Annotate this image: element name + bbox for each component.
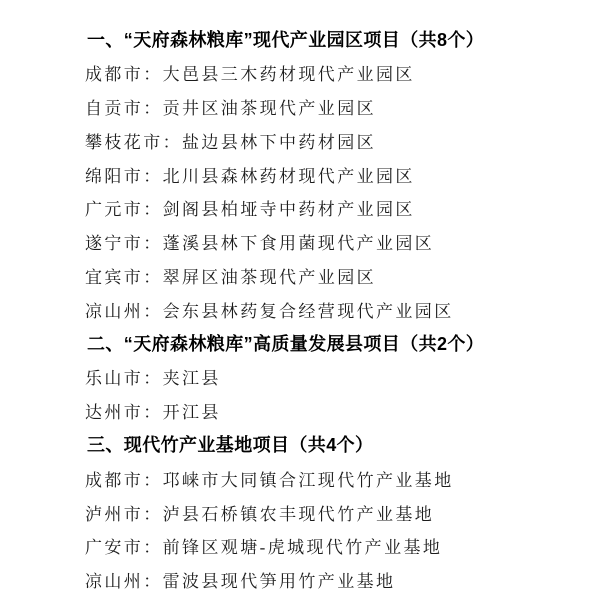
- project-row: 凉山州：会东县林药复合经营现代产业园区: [85, 292, 588, 326]
- project-row: 遂宁市：蓬溪县林下食用菌现代产业园区: [85, 225, 588, 259]
- city-label: 凉山州: [85, 297, 143, 322]
- project-row: 绵阳市：北川县森林药材现代产业园区: [85, 157, 588, 191]
- colon-separator: ：: [143, 94, 162, 119]
- project-row: 宜宾市：翠屏区油茶现代产业园区: [85, 259, 588, 293]
- colon-separator: ：: [143, 500, 162, 525]
- project-row: 达州市：开江县: [85, 394, 588, 428]
- city-label: 成都市: [85, 60, 143, 85]
- project-name: 夹江县: [163, 364, 221, 389]
- project-name: 大邑县三木药材现代产业园区: [163, 60, 415, 85]
- colon-separator: ：: [143, 567, 162, 592]
- section-2-heading: 二、“天府森林粮库”高质量发展县项目（共2个）: [85, 326, 588, 360]
- project-name: 雷波县现代笋用竹产业基地: [163, 567, 396, 592]
- project-name: 剑阁县柏垭寺中药材产业园区: [163, 195, 415, 220]
- city-label: 乐山市: [85, 364, 143, 389]
- project-row: 泸州市：泸县石桥镇农丰现代竹产业基地: [85, 495, 588, 529]
- city-label: 绵阳市: [85, 162, 143, 187]
- colon-separator: ：: [163, 128, 182, 153]
- project-row: 成都市：邛崃市大同镇合江现代竹产业基地: [85, 461, 588, 495]
- project-name: 前锋区观塘-虎城现代竹产业基地: [163, 533, 443, 558]
- project-name: 开江县: [163, 398, 221, 423]
- document-page: 一、“天府森林粮库”现代产业园区项目（共8个） 成都市：大邑县三木药材现代产业园…: [0, 0, 608, 605]
- colon-separator: ：: [143, 162, 162, 187]
- colon-separator: ：: [143, 398, 162, 423]
- colon-separator: ：: [143, 466, 162, 491]
- section-1-heading: 一、“天府森林粮库”现代产业园区项目（共8个）: [85, 22, 588, 56]
- project-name: 北川县森林药材现代产业园区: [163, 162, 415, 187]
- section-3-heading: 三、现代竹产业基地项目（共4个）: [85, 428, 588, 462]
- city-label: 广安市: [85, 533, 143, 558]
- colon-separator: ：: [143, 364, 162, 389]
- colon-separator: ：: [143, 229, 162, 254]
- project-name: 邛崃市大同镇合江现代竹产业基地: [163, 466, 454, 491]
- project-name: 会东县林药复合经营现代产业园区: [163, 297, 454, 322]
- colon-separator: ：: [143, 297, 162, 322]
- colon-separator: ：: [143, 533, 162, 558]
- project-name: 翠屏区油茶现代产业园区: [163, 263, 376, 288]
- city-label: 广元市: [85, 195, 143, 220]
- colon-separator: ：: [143, 60, 162, 85]
- city-label: 成都市: [85, 466, 143, 491]
- project-name: 蓬溪县林下食用菌现代产业园区: [163, 229, 435, 254]
- project-row: 攀枝花市：盐边县林下中药材园区: [85, 123, 588, 157]
- city-label: 遂宁市: [85, 229, 143, 254]
- project-name: 贡井区油茶现代产业园区: [163, 94, 376, 119]
- city-label: 自贡市: [85, 94, 143, 119]
- colon-separator: ：: [143, 263, 162, 288]
- project-row: 广元市：剑阁县柏垭寺中药材产业园区: [85, 191, 588, 225]
- city-label: 泸州市: [85, 500, 143, 525]
- project-name: 泸县石桥镇农丰现代竹产业基地: [163, 500, 435, 525]
- project-name: 盐边县林下中药材园区: [182, 128, 376, 153]
- project-row: 自贡市：贡井区油茶现代产业园区: [85, 90, 588, 124]
- project-row: 凉山州：雷波县现代笋用竹产业基地: [85, 563, 588, 597]
- project-row: 广安市：前锋区观塘-虎城现代竹产业基地: [85, 529, 588, 563]
- colon-separator: ：: [143, 195, 162, 220]
- city-label: 达州市: [85, 398, 143, 423]
- city-label: 攀枝花市: [85, 128, 163, 153]
- city-label: 宜宾市: [85, 263, 143, 288]
- city-label: 凉山州: [85, 567, 143, 592]
- project-row: 成都市：大邑县三木药材现代产业园区: [85, 56, 588, 90]
- project-row: 乐山市：夹江县: [85, 360, 588, 394]
